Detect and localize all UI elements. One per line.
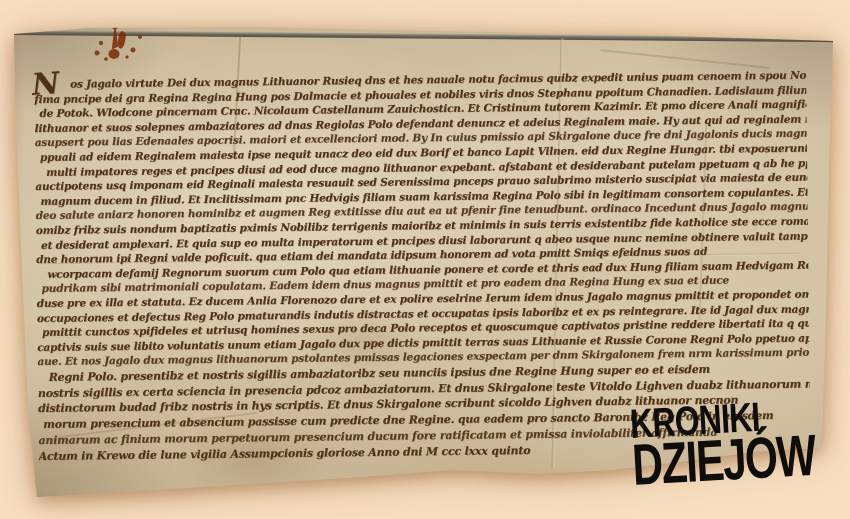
watermark-line-2: DZIEJÓW bbox=[631, 427, 817, 495]
watermark: KRONIKI DZIEJÓW bbox=[629, 390, 850, 495]
ink-stain bbox=[88, 24, 148, 66]
photo-scene: N os Jagalo virtute Dei dux magnus Lithu… bbox=[0, 0, 850, 519]
crease-line bbox=[600, 49, 769, 69]
